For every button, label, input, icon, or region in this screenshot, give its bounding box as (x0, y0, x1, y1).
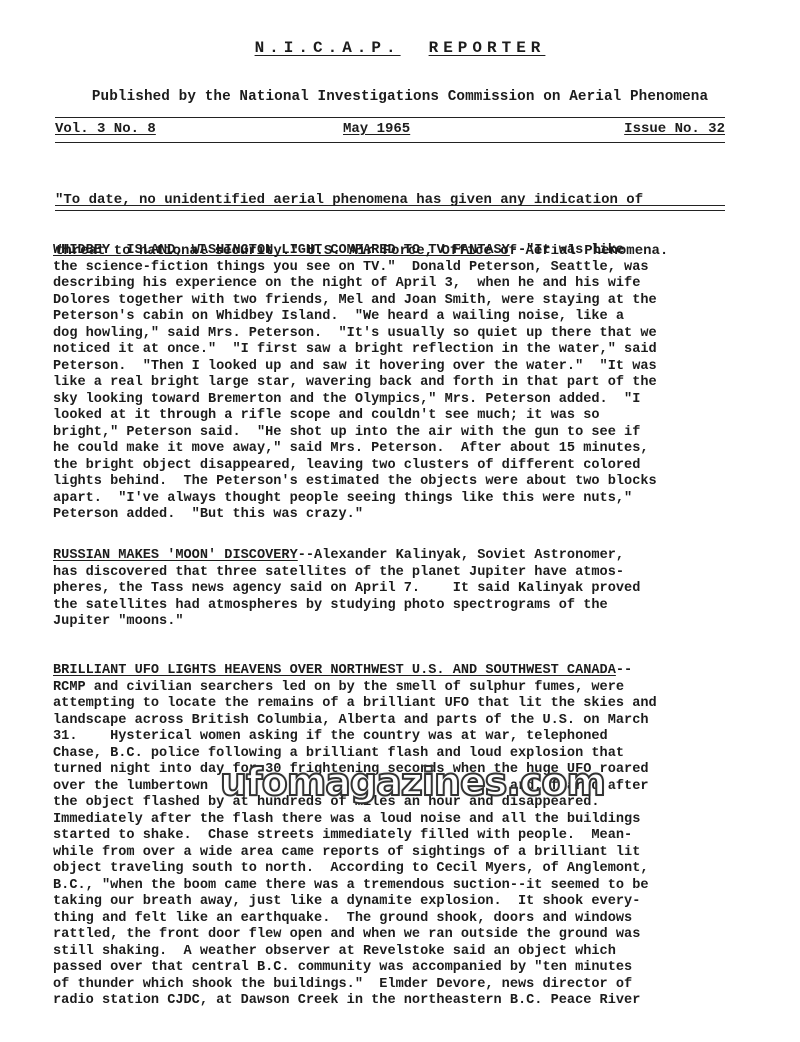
article-text: --"It was like (510, 243, 624, 258)
article-line: dog howling," said Mrs. Peterson. "It's … (53, 326, 753, 343)
article-russian-moon-discovery: RUSSIAN MAKES 'MOON' DISCOVERY--Alexande… (53, 548, 753, 631)
article-brilliant-ufo-lights: BRILLIANT UFO LIGHTS HEAVENS OVER NORTHW… (53, 663, 753, 1010)
quote-line: "To date, no unidentified aerial phenome… (55, 192, 745, 209)
article-line: Peterson. "Then I looked up and saw it h… (53, 359, 753, 376)
divider-rule (55, 117, 725, 118)
publisher-line: Published by the National Investigations… (0, 89, 800, 105)
article-line: Dolores together with two friends, Mel a… (53, 293, 753, 310)
article-lead-line: WHIDBEY ISLAND, WASHINGTON LIGHT COMPARE… (53, 243, 753, 260)
article-headline: WHIDBEY ISLAND, WASHINGTON LIGHT COMPARE… (53, 243, 510, 258)
article-line: apart. "I've always thought people seein… (53, 491, 753, 508)
article-line: passed over that central B.C. community … (53, 960, 753, 977)
article-line: describing his experience on the night o… (53, 276, 753, 293)
masthead-title: N.I.C.A.P.REPORTER (0, 39, 800, 57)
issue-info-row: Vol. 3 No. 8 May 1965 Issue No. 32 (55, 121, 725, 141)
article-line: 31. Hysterical women asking if the count… (53, 729, 753, 746)
divider-rule (55, 142, 725, 143)
article-headline: RUSSIAN MAKES 'MOON' DISCOVERY (53, 548, 298, 563)
article-headline: BRILLIANT UFO LIGHTS HEAVENS OVER NORTHW… (53, 663, 616, 678)
article-line: noticed it at once." "I first saw a brig… (53, 342, 753, 359)
article-line: lights behind. The Peterson's estimated … (53, 474, 753, 491)
article-line: the bright object disappeared, leaving t… (53, 458, 753, 475)
article-line: object traveling south to north. Accordi… (53, 861, 753, 878)
article-line: looked at it through a rifle scope and c… (53, 408, 753, 425)
divider-rule (55, 210, 725, 211)
article-line: bright," Peterson said. "He shot up into… (53, 425, 753, 442)
article-line: Immediately after the flash there was a … (53, 812, 753, 829)
article-lead-line: BRILLIANT UFO LIGHTS HEAVENS OVER NORTHW… (53, 663, 753, 680)
article-line: attempting to locate the remains of a br… (53, 696, 753, 713)
article-text: -- (616, 663, 632, 678)
article-line: started to shake. Chase streets immediat… (53, 828, 753, 845)
article-line: RCMP and civilian searchers led on by th… (53, 680, 753, 697)
issue-number: Issue No. 32 (624, 121, 725, 137)
masthead-title-left: N.I.C.A.P. (255, 39, 401, 57)
article-line: landscape across British Columbia, Alber… (53, 713, 753, 730)
article-lead-line: RUSSIAN MAKES 'MOON' DISCOVERY--Alexande… (53, 548, 753, 565)
article-line: Peterson's cabin on Whidbey Island. "We … (53, 309, 753, 326)
volume-number: Vol. 3 No. 8 (55, 121, 156, 137)
article-line: has discovered that three satellites of … (53, 565, 753, 582)
article-line: the science-fiction things you see on TV… (53, 260, 753, 277)
article-line: Jupiter "moons." (53, 614, 753, 631)
article-line: he could make it move away," said Mrs. P… (53, 441, 753, 458)
article-text: --Alexander Kalinyak, Soviet Astronomer, (298, 548, 624, 563)
masthead-title-right: REPORTER (429, 39, 546, 57)
article-line: rattled, the front door flew open and wh… (53, 927, 753, 944)
article-line: still shaking. A weather observer at Rev… (53, 944, 753, 961)
newsletter-page: N.I.C.A.P.REPORTER Published by the Nati… (0, 0, 800, 1042)
article-line: like a real bright large star, wavering … (53, 375, 753, 392)
article-line: Peterson added. "But this was crazy." (53, 507, 753, 524)
article-line: taking our breath away, just like a dyna… (53, 894, 753, 911)
article-line: while from over a wide area came reports… (53, 845, 753, 862)
article-line: sky looking toward Bremerton and the Oly… (53, 392, 753, 409)
issue-date: May 1965 (343, 121, 410, 137)
divider-rule (55, 205, 725, 206)
watermark: ufomagazines.com (220, 760, 605, 804)
article-line: radio station CJDC, at Dawson Creek in t… (53, 993, 753, 1010)
article-line: pheres, the Tass news agency said on Apr… (53, 581, 753, 598)
article-line: thing and felt like an earthquake. The g… (53, 911, 753, 928)
article-line: of thunder which shook the buildings." E… (53, 977, 753, 994)
article-line: the satellites had atmospheres by studyi… (53, 598, 753, 615)
article-line: B.C., "when the boom came there was a tr… (53, 878, 753, 895)
article-whidbey-island: WHIDBEY ISLAND, WASHINGTON LIGHT COMPARE… (53, 243, 753, 524)
